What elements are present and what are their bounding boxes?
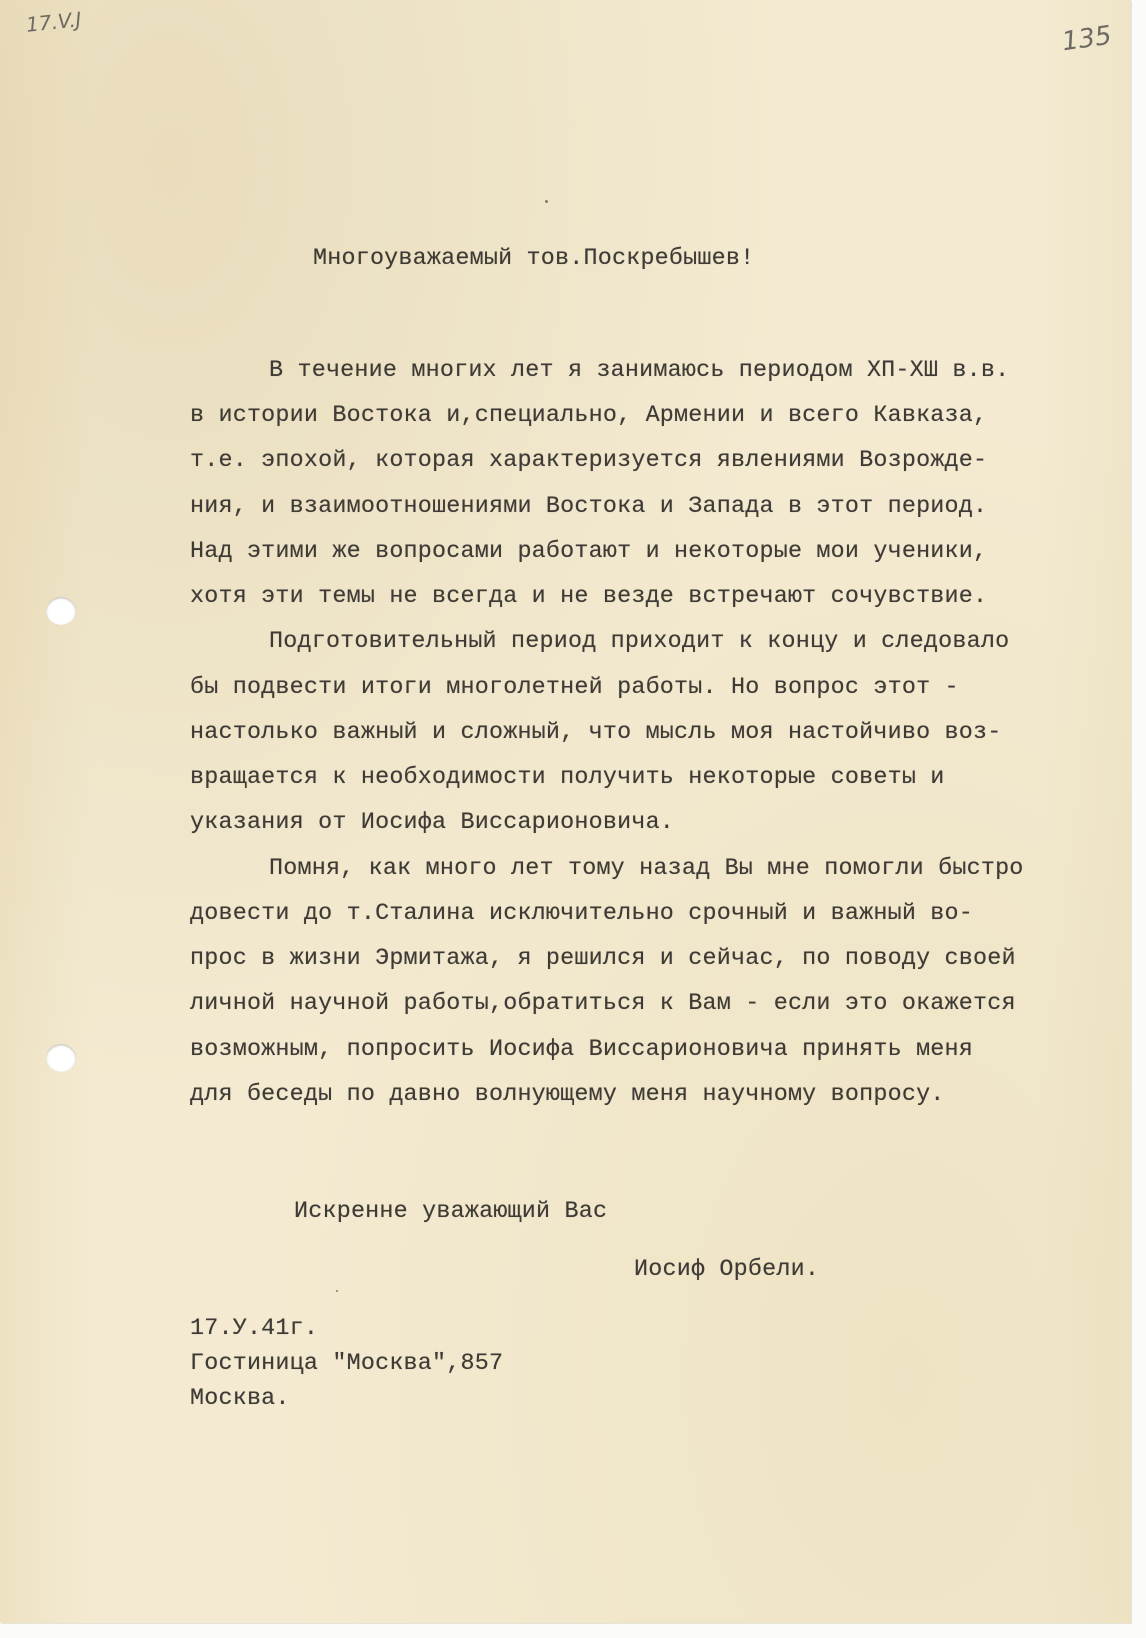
letter-page: 17.V.J 135 Многоуважаемый тов.Поскребыше… — [0, 0, 1131, 1623]
body-line: настолько важный и сложный, что мысль мо… — [190, 720, 1002, 746]
body-line: бы подвести итоги многолетней работы. Но… — [190, 675, 959, 701]
body-line: прос в жизни Эрмитажа, я решился и сейча… — [190, 946, 1016, 972]
body-line: для беседы по давно волнующему меня науч… — [190, 1082, 945, 1108]
punch-hole-bottom — [46, 1044, 76, 1072]
paper-speck — [545, 200, 548, 203]
paper-speck — [336, 1290, 338, 1292]
body-line: хотя эти темы не всегда и не везде встре… — [190, 584, 987, 610]
body-line: в истории Востока и,специально, Армении … — [190, 403, 987, 429]
body-line: личной научной работы,обратиться к Вам -… — [190, 991, 1016, 1017]
signature: Иосиф Орбели. — [634, 1257, 819, 1283]
body-line: указания от Иосифа Виссарионовича. — [190, 810, 674, 836]
body-line: Над этими же вопросами работают и некото… — [190, 539, 987, 565]
handwritten-date-mark: 17.V.J — [25, 7, 83, 37]
body-line: вращается к необходимости получить некот… — [190, 765, 945, 791]
address-line: Гостиница "Москва",857 — [190, 1351, 503, 1377]
body-line: Помня, как много лет тому назад Вы мне п… — [269, 856, 1024, 882]
salutation: Многоуважаемый тов.Поскребышев! — [313, 246, 754, 272]
body-line: Подготовительный период приходит к концу… — [269, 629, 1009, 655]
letter-date: 17.У.41г. — [190, 1316, 318, 1342]
closing: Искренне уважающий Вас — [294, 1199, 607, 1225]
address-line: Москва. — [190, 1386, 290, 1412]
punch-hole-top — [46, 597, 76, 625]
body-line: довести до т.Сталина исключительно срочн… — [190, 901, 973, 927]
body-line: возможным, попросить Иосифа Виссарионови… — [190, 1037, 973, 1063]
handwritten-page-number: 135 — [1060, 21, 1113, 58]
body-line: В течение многих лет я занимаюсь периодо… — [269, 358, 1009, 384]
body-line: т.е. эпохой, которая характеризуется явл… — [190, 448, 987, 474]
body-line: ния, и взаимоотношениями Востока и Запад… — [190, 494, 987, 520]
